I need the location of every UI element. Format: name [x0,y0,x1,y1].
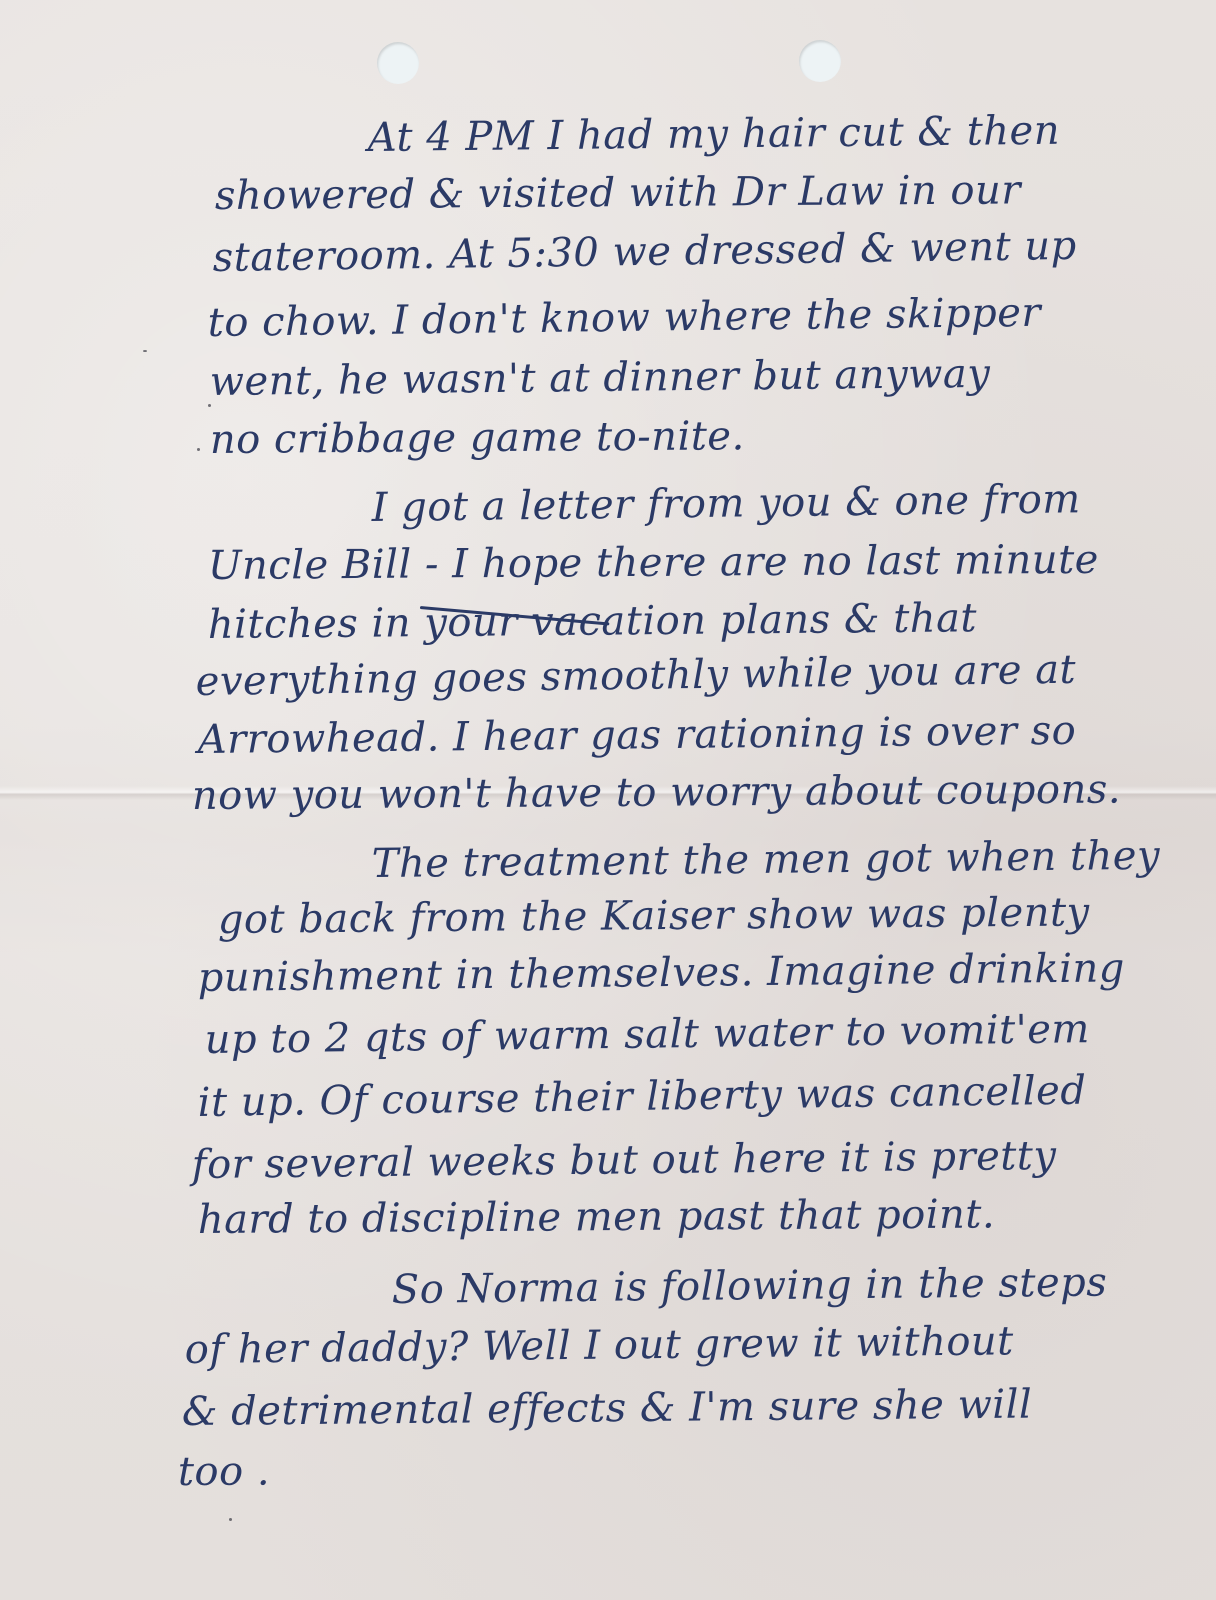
letter-line: At 4 PM I had my hair cut & then [368,111,1061,158]
letter-line: hard to discipline men past that point. [198,1194,995,1240]
paper-speck [229,1518,232,1521]
letter-line: punishment in themselves. Imagine drinki… [198,948,1125,998]
letter-line: So Norma is following in the steps [392,1263,1108,1310]
letter-line: I got a letter from you & one from [372,479,1081,528]
letter-line: showered & visited with Dr Law in our [215,170,1021,216]
letter-line: everything goes smoothly while you are a… [195,650,1076,702]
punch-hole-left [377,42,419,84]
letter-page: At 4 PM I had my hair cut & then showere… [0,0,1216,1600]
letter-line: up to 2 qts of warm salt water to vomit'… [205,1009,1090,1060]
letter-line: Arrowhead. I hear gas rationing is over … [198,711,1077,760]
letter-line: got back from the Kaiser show was plenty [218,892,1090,940]
letter-line: & detrimental effects & I'm sure she wil… [182,1385,1033,1432]
letter-line: it up. Of course their liberty was cance… [197,1071,1086,1123]
letter-line: The treatment the men got when they [372,836,1161,884]
letter-line: went, he wasn't at dinner but anyway [210,354,991,402]
letter-line: to chow. I don't know where the skipper [208,293,1042,343]
letter-line: now you won't have to worry about coupon… [192,770,1121,816]
letter-line: for several weeks but out here it is pre… [192,1136,1057,1185]
letter-line: Uncle Bill - I hope there are no last mi… [208,540,1099,586]
letter-line: stateroom. At 5:30 we dressed & went up [212,226,1077,278]
paper-speck [197,448,200,451]
letter-line: of her daddy? Well I out grew it without [185,1321,1014,1370]
letter-line: no cribbage game to-nite. [210,416,745,460]
punch-hole-right [799,40,841,82]
letter-line: too . [178,1452,270,1492]
paper-speck [143,350,147,352]
